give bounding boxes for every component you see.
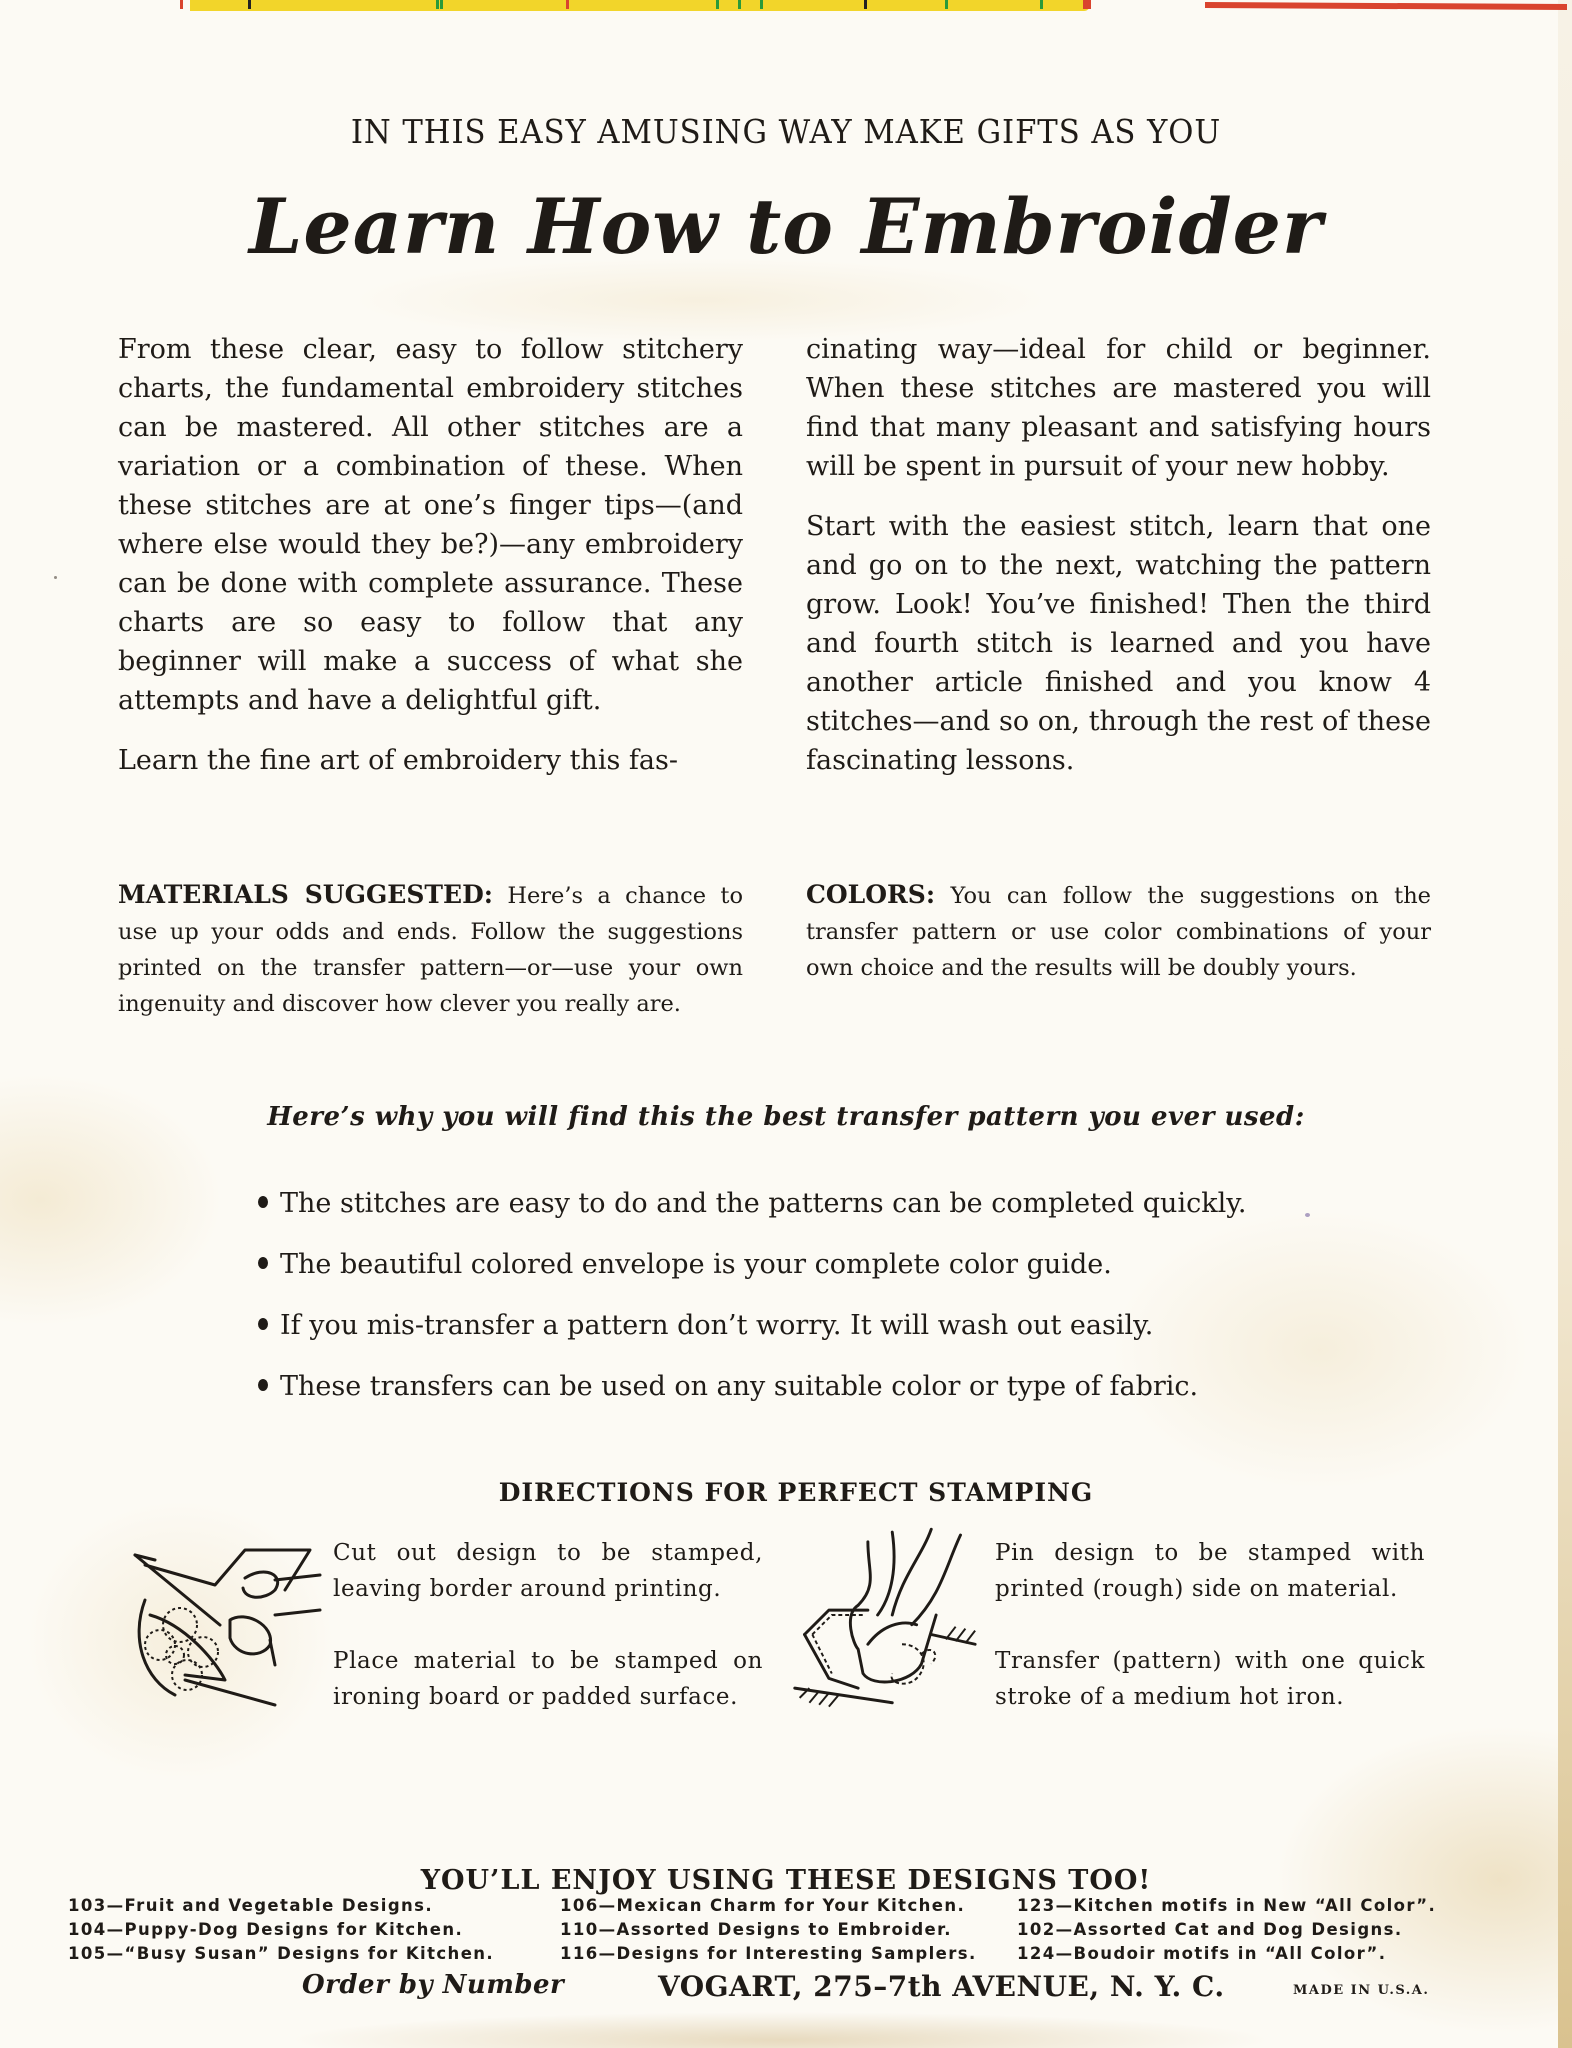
direction-step-4: Transfer (pattern) with one quick stroke… <box>995 1643 1425 1715</box>
list-item: If you mis-transfer a pattern don’t worr… <box>258 1295 1358 1356</box>
ink-speck <box>1305 1213 1310 1217</box>
design-list-item: 102—Assorted Cat and Dog Designs. <box>1017 1918 1436 1942</box>
materials-label: MATERIALS SUGGESTED: <box>118 880 493 909</box>
bullet-text: The beautiful colored envelope is your c… <box>280 1249 1112 1280</box>
intro-paragraph: cinating way—ideal for child or beginner… <box>806 330 1431 486</box>
design-list-item: 105—“Busy Susan” Designs for Kitchen. <box>68 1942 494 1966</box>
why-bullet-list: The stitches are easy to do and the patt… <box>258 1173 1358 1417</box>
intro-paragraph: From these clear, easy to follow stitche… <box>118 330 743 720</box>
why-heading: Here’s why you will find this the best t… <box>0 1102 1572 1132</box>
made-in-label: MADE IN U.S.A. <box>1293 1983 1429 1998</box>
publisher-address: VOGART, 275–7th AVENUE, N. Y. C. <box>658 1970 1225 2003</box>
bullet-text: If you mis-transfer a pattern don’t worr… <box>280 1310 1153 1341</box>
strip-tick <box>1083 0 1091 9</box>
design-list-item: 124—Boudoir motifs in “All Color”. <box>1017 1942 1436 1966</box>
bullet-icon <box>258 1318 268 1330</box>
intro-right-column: cinating way—ideal for child or beginner… <box>806 330 1431 801</box>
paper-background <box>0 0 1572 2048</box>
strip-tick <box>716 0 719 9</box>
design-list-item: 110—Assorted Designs to Embroider. <box>560 1918 977 1942</box>
designs-heading: YOU’LL ENJOY USING THESE DESIGNS TOO! <box>0 1865 1572 1896</box>
colors-label: COLORS: <box>806 880 935 909</box>
lead-line: IN THIS EASY AMUSING WAY MAKE GIFTS AS Y… <box>55 112 1517 151</box>
materials-section: MATERIALS SUGGESTED: Here’s a chance to … <box>118 877 743 1022</box>
design-list-column-2: 106—Mexican Charm for Your Kitchen. 110—… <box>560 1894 977 1966</box>
intro-left-column: From these clear, easy to follow stitche… <box>118 330 743 801</box>
bullet-icon <box>258 1196 268 1208</box>
intro-paragraph: Learn the fine art of embroidery this fa… <box>118 741 743 780</box>
design-list-item: 123—Kitchen motifs in New “All Color”. <box>1017 1894 1436 1918</box>
bullet-icon <box>258 1379 268 1391</box>
list-item: The beautiful colored envelope is your c… <box>258 1234 1358 1295</box>
strip-tick <box>180 0 183 9</box>
strip-tick <box>760 0 763 9</box>
colors-section: COLORS: You can follow the suggestions o… <box>806 877 1431 986</box>
intro-paragraph: Start with the easiest stitch, learn tha… <box>806 507 1431 780</box>
design-list-column-3: 123—Kitchen motifs in New “All Color”. 1… <box>1017 1894 1436 1966</box>
directions-heading: DIRECTIONS FOR PERFECT STAMPING <box>0 1478 1572 1507</box>
design-list-column-1: 103—Fruit and Vegetable Designs. 104—Pup… <box>68 1894 494 1966</box>
direction-step-3: Pin design to be stamped with printed (r… <box>995 1535 1425 1607</box>
strip-tick <box>945 0 948 9</box>
bullet-text: The stitches are easy to do and the patt… <box>280 1188 1246 1219</box>
strip-tick <box>566 0 569 9</box>
direction-step-2: Place material to be stamped on ironing … <box>333 1643 763 1715</box>
bullet-icon <box>258 1257 268 1269</box>
design-list-item: 104—Puppy-Dog Designs for Kitchen. <box>68 1918 494 1942</box>
list-item: The stitches are easy to do and the patt… <box>258 1173 1358 1234</box>
page-title: Learn How to Embroider <box>0 182 1572 271</box>
page-edge <box>1558 0 1572 2048</box>
strip-tick <box>864 0 867 9</box>
list-item: These transfers can be used on any suita… <box>258 1356 1358 1417</box>
strip-tick <box>1040 0 1043 9</box>
direction-step-1: Cut out design to be stamped, leaving bo… <box>333 1535 763 1607</box>
design-list-item: 103—Fruit and Vegetable Designs. <box>68 1894 494 1918</box>
strip-tick <box>738 0 741 9</box>
top-color-strip-yellow <box>190 0 1090 11</box>
strip-tick <box>440 0 443 9</box>
strip-tick <box>436 0 439 9</box>
iron-transfer-illustration <box>785 1515 980 1715</box>
order-by-number: Order by Number <box>302 1970 564 2000</box>
strip-tick <box>248 0 251 9</box>
bullet-text: These transfers can be used on any suita… <box>280 1371 1198 1402</box>
design-list-item: 116—Designs for Interesting Samplers. <box>560 1942 977 1966</box>
scissors-cutting-illustration <box>125 1530 325 1710</box>
ink-speck <box>54 576 57 579</box>
design-list-item: 106—Mexican Charm for Your Kitchen. <box>560 1894 977 1918</box>
